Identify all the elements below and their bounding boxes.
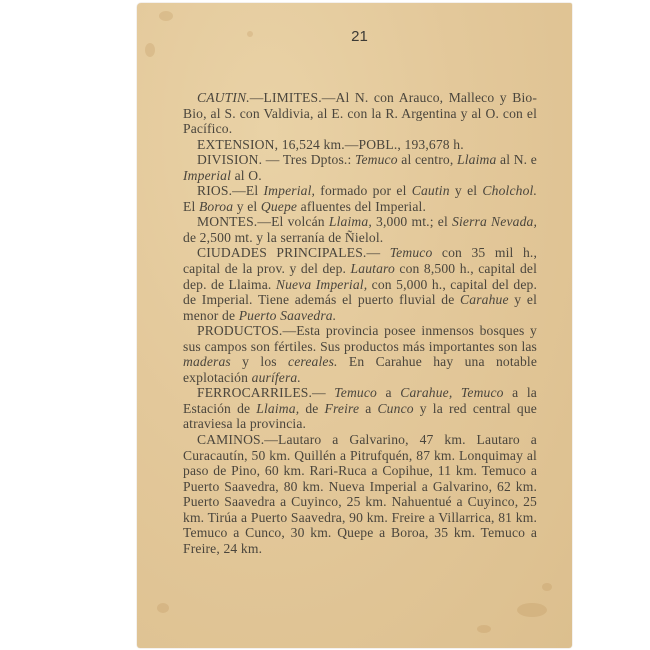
paper-stain [145, 43, 155, 57]
italic-text: Cunco [377, 401, 413, 416]
italic-text: Carahue, Temuco [400, 385, 503, 400]
section-rios: RIOS.—El Imperial, formado por el Cautin… [183, 183, 537, 214]
italic-text: Temuco [334, 385, 377, 400]
italic-text: Temuco [355, 152, 398, 167]
text-run: y el [450, 183, 483, 198]
page-body: CAUTIN.—LIMITES.—Al N. con Arauco, Malle… [183, 90, 537, 556]
text-run: y los [231, 354, 288, 369]
text-run: CIUDADES PRINCIPALES.— [197, 245, 390, 260]
italic-text: Boroa [199, 199, 233, 214]
italic-text: Temuco [390, 245, 433, 260]
text-run: DIVISION. — Tres Dptos.: [197, 152, 355, 167]
italic-text: Cholchol. [482, 183, 537, 198]
text-run: a [359, 401, 377, 416]
italic-text: Imperial, [263, 183, 315, 198]
italic-text: cereales. [288, 354, 338, 369]
text-run: EXTENSION, 16,524 km.—POBL., 193,678 h. [197, 137, 464, 152]
section-cautin: CAUTIN.—LIMITES.—Al N. con Arauco, Malle… [183, 90, 537, 137]
section-ferrocarriles: FERROCARRILES.— Temuco a Carahue, Temuco… [183, 385, 537, 432]
italic-text: Llaima, [256, 401, 299, 416]
italic-text: Llaima [457, 152, 496, 167]
text-run: y el [233, 199, 261, 214]
paper-stain [477, 625, 491, 633]
italic-text: aurífera. [252, 370, 301, 385]
text-run: a [377, 385, 400, 400]
italic-text: Imperial [183, 168, 231, 183]
text-run: afluentes del Imperial. [297, 199, 426, 214]
text-run: El [183, 199, 199, 214]
italic-text: Sierra Nevada, [452, 214, 537, 229]
text-run: CAMINOS.—Lautaro a Galvarino, 47 km. Lau… [183, 432, 537, 556]
text-run: FERROCARRILES.— [197, 385, 334, 400]
section-division: DIVISION. — Tres Dptos.: Temuco al centr… [183, 152, 537, 183]
text-run: MONTES.—El volcán [197, 214, 329, 229]
italic-text: Llaima, [329, 214, 372, 229]
paper-stain [517, 603, 547, 617]
italic-text: Quepe [261, 199, 297, 214]
section-extension: EXTENSION, 16,524 km.—POBL., 193,678 h. [183, 137, 537, 153]
text-run: formado por el [315, 183, 412, 198]
paper-stain [157, 603, 169, 613]
text-run: al centro, [398, 152, 457, 167]
section-productos: PRODUCTOS.—Esta provincia posee inmensos… [183, 323, 537, 385]
paper-stain [159, 11, 173, 21]
text-run: de [299, 401, 324, 416]
italic-text: CAUTIN. [197, 90, 250, 105]
book-page: 21 CAUTIN.—LIMITES.—Al N. con Arauco, Ma… [137, 3, 572, 648]
italic-text: Carahue [460, 292, 509, 307]
text-run: 3,000 mt.; el [372, 214, 452, 229]
italic-text: Puerto Saavedra. [239, 308, 337, 323]
section-caminos: CAMINOS.—Lautaro a Galvarino, 47 km. Lau… [183, 432, 537, 556]
section-ciudades: CIUDADES PRINCIPALES.— Temuco con 35 mil… [183, 245, 537, 323]
text-run: RIOS.—El [197, 183, 263, 198]
italic-text: maderas [183, 354, 231, 369]
section-montes: MONTES.—El volcán Llaima, 3,000 mt.; el … [183, 214, 537, 245]
text-run: de 2,500 mt. y la serranía de Ñielol. [183, 230, 383, 245]
italic-text: Freire [325, 401, 360, 416]
text-run: al N. e [496, 152, 537, 167]
text-run: PRODUCTOS.—Esta provincia posee inmensos… [183, 323, 537, 354]
paper-stain [542, 583, 552, 591]
italic-text: Cautin [412, 183, 450, 198]
text-run: al O. [231, 168, 262, 183]
italic-text: Lautaro [351, 261, 395, 276]
italic-text: Nueva Imperial, [276, 277, 367, 292]
page-number: 21 [137, 28, 572, 45]
